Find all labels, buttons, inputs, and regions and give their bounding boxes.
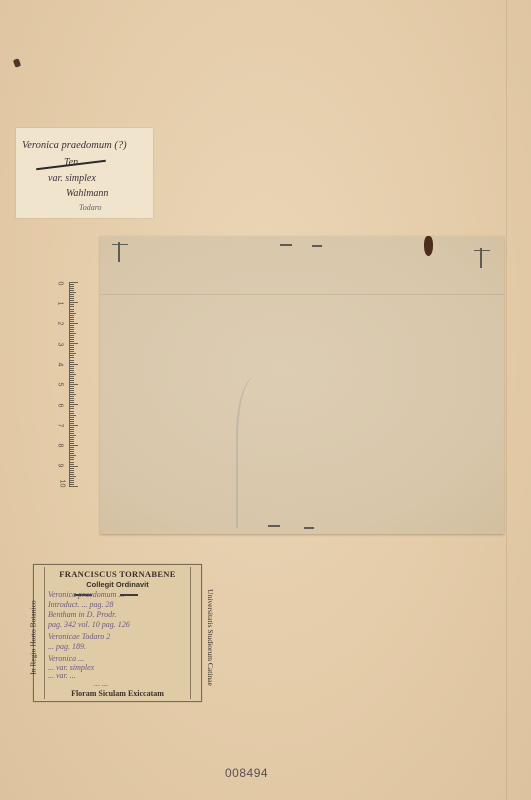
- ruler-tick: [69, 349, 74, 350]
- ruler-tick: [69, 464, 74, 465]
- ruler-tick: [69, 333, 76, 334]
- ruler-tick: [69, 290, 74, 291]
- ruler-tick: [69, 351, 74, 352]
- ruler-tick: [69, 441, 74, 442]
- handwritten-line: Veronica praedomum ...: [48, 590, 124, 599]
- ruler-tick: [69, 433, 74, 434]
- ruler-tick: [69, 396, 74, 397]
- ruler-tick: [69, 429, 74, 430]
- ruler-tick: [69, 480, 74, 481]
- sheet-edge: [506, 0, 507, 800]
- ruler-tick: [69, 474, 74, 475]
- ruler-label: 6: [56, 404, 63, 408]
- ruler-tick: [69, 468, 74, 469]
- ruler-tick: [69, 482, 74, 483]
- handwritten-line: ... var. ...: [48, 671, 76, 680]
- ruler-tick: [69, 370, 74, 371]
- ruler-tick: [69, 427, 74, 428]
- ruler-tick: [69, 302, 78, 303]
- ruler-tick: [69, 439, 74, 440]
- ruler-tick: [69, 411, 74, 412]
- ruler-tick: [69, 355, 74, 356]
- ruler-tick: [69, 362, 74, 363]
- pin: [304, 527, 314, 529]
- ruler-tick: [69, 406, 74, 407]
- ruler-tick: [69, 294, 74, 295]
- packet-fold: [100, 236, 504, 295]
- ruler-tick: [69, 380, 74, 381]
- ruler-tick: [69, 445, 78, 446]
- ruler-tick: [69, 282, 78, 283]
- ruler-tick: [69, 459, 74, 460]
- ruler-tick: [69, 470, 74, 471]
- ruler-label: 5: [56, 383, 63, 387]
- ruler-label: 7: [56, 424, 63, 428]
- pin: [118, 242, 120, 262]
- ruler-tick: [69, 486, 78, 487]
- ruler-tick: [69, 337, 74, 338]
- label-line: Ten.: [64, 157, 81, 168]
- ruler-tick: [69, 366, 74, 367]
- ruler-label: 10: [58, 480, 65, 488]
- ruler-tick: [69, 329, 74, 330]
- ruler-tick: [69, 382, 74, 383]
- ruler-tick: [69, 476, 76, 477]
- ruler-tick: [69, 353, 76, 354]
- label-line: Todaro: [79, 203, 102, 212]
- ruler-tick: [69, 437, 74, 438]
- ruler-tick: [69, 284, 74, 285]
- card-subtitle: Collegit Ordinavit: [34, 580, 201, 589]
- pin: [312, 245, 322, 247]
- ink-mark: [13, 58, 21, 68]
- ruler-tick: [69, 413, 74, 414]
- ruler-tick: [69, 423, 74, 424]
- ruler-tick: [69, 288, 74, 289]
- card-title: FRANCISCUS TORNABENE: [34, 569, 201, 579]
- ruler-tick: [69, 368, 74, 369]
- pin: [480, 248, 482, 268]
- ruler-tick: [69, 378, 74, 379]
- ruler-tick: [69, 376, 74, 377]
- ruler-tick: [69, 417, 74, 418]
- ruler-tick: [69, 347, 74, 348]
- specimen-packet: [100, 236, 504, 534]
- ruler-label: 2: [56, 322, 63, 326]
- specimen-thread: [236, 376, 286, 528]
- handwritten-line: pag. 342 vol. 10 pag. 126: [48, 620, 130, 629]
- pin: [474, 250, 490, 251]
- ruler-label: 9: [56, 464, 63, 468]
- ruler-tick: [69, 466, 78, 467]
- herbarium-sheet: Veronica praedomum (?) Ten. var. simplex…: [0, 0, 531, 800]
- ruler-tick: [69, 335, 74, 336]
- ruler-tick: [69, 345, 74, 346]
- card-footer: Floram Siculam Exiccatam: [34, 689, 201, 698]
- ruler-tick: [69, 372, 74, 373]
- ruler-tick: [69, 374, 76, 375]
- ruler-tick: [69, 313, 76, 314]
- determination-label: Veronica praedomum (?) Ten. var. simplex…: [16, 128, 153, 218]
- ruler-tick: [69, 392, 74, 393]
- ruler-tick: [69, 286, 74, 287]
- ruler-tick: [69, 408, 74, 409]
- ruler-tick: [69, 317, 74, 318]
- ruler-tick: [69, 357, 74, 358]
- ruler-tick: [69, 341, 74, 342]
- ruler-tick: [69, 292, 76, 293]
- ruler-tick: [69, 451, 74, 452]
- ruler-tick: [69, 449, 74, 450]
- ruler-tick: [69, 443, 74, 444]
- ruler-tick: [69, 425, 78, 426]
- ruler-tick: [69, 315, 74, 316]
- ruler-tick: [69, 386, 74, 387]
- ruler-tick: [69, 304, 74, 305]
- pin: [112, 244, 128, 245]
- ruler-tick: [69, 484, 74, 485]
- ruler-tick: [69, 447, 74, 448]
- scale-ruler: 0 1 2 3 4 5 6 7 8 9 10: [60, 280, 78, 488]
- ruler-tick: [69, 398, 74, 399]
- ruler-tick: [69, 415, 76, 416]
- handwritten-line: Bentham in D. Prodr.: [48, 610, 116, 619]
- ruler-label: 4: [56, 363, 63, 367]
- ruler-tick: [69, 331, 74, 332]
- card-side-right: Universitatis Studiorum Catinae: [206, 589, 215, 686]
- ruler-tick: [69, 300, 74, 301]
- label-line: Veronica praedomum (?): [22, 140, 127, 151]
- handwritten-line: Introduct. ... pag. 28: [48, 600, 113, 609]
- ruler-tick: [69, 309, 74, 310]
- ruler-tick: [69, 435, 76, 436]
- ruler-tick: [69, 327, 74, 328]
- ruler-tick: [69, 296, 74, 297]
- ruler-tick: [69, 298, 74, 299]
- ruler-tick: [69, 419, 74, 420]
- ruler-tick: [69, 384, 78, 385]
- ruler-tick: [69, 421, 74, 422]
- ruler-tick: [69, 339, 74, 340]
- stain: [424, 236, 433, 256]
- pin: [280, 244, 292, 246]
- ruler-tick: [69, 325, 74, 326]
- label-line: Wahlmann: [66, 188, 108, 199]
- ruler-tick: [69, 311, 74, 312]
- ruler-tick: [69, 388, 74, 389]
- ruler-tick: [69, 394, 76, 395]
- card-side-left: In Regio Horto Botanico: [29, 600, 38, 674]
- ruler-label: 3: [56, 343, 63, 347]
- ruler-tick: [69, 323, 78, 324]
- handwritten-line: ... ...: [94, 679, 108, 688]
- ruler-tick: [69, 431, 74, 432]
- herbarium-card: FRANCISCUS TORNABENE Collegit Ordinavit …: [33, 564, 202, 702]
- ruler-tick: [69, 390, 74, 391]
- ruler-tick: [69, 478, 74, 479]
- ruler-tick: [69, 472, 74, 473]
- ruler-tick: [69, 321, 74, 322]
- ruler-tick: [69, 462, 74, 463]
- ruler-tick: [69, 457, 74, 458]
- ruler-tick: [69, 455, 76, 456]
- label-line: var. simplex: [48, 173, 96, 184]
- ruler-tick: [69, 400, 74, 401]
- handwritten-line: ... pag. 189.: [48, 642, 86, 651]
- ruler-tick: [69, 343, 78, 344]
- handwritten-line: Veronica ...: [48, 654, 84, 663]
- ruler-label: 1: [56, 302, 63, 306]
- ruler-tick: [69, 364, 78, 365]
- ruler-tick: [69, 404, 78, 405]
- ruler-tick: [69, 402, 74, 403]
- catalog-number: 008494: [225, 766, 268, 780]
- ruler-tick: [69, 319, 74, 320]
- ruler-tick: [69, 453, 74, 454]
- ruler-label: 8: [56, 444, 63, 448]
- handwritten-line: Veronicae Todaro 2: [48, 632, 110, 641]
- ruler-label: 0: [56, 282, 63, 286]
- ruler-tick: [69, 306, 74, 307]
- ruler-tick: [69, 360, 74, 361]
